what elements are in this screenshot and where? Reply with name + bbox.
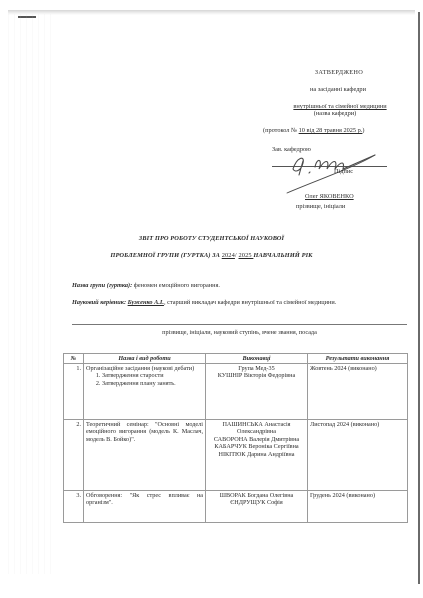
work-name: Теоретичний семінар: "Основні моделі емо… xyxy=(84,419,206,490)
title-prefix: ПРОБЛЕМНОЇ ГРУПИ (ГУРТКА) ЗА xyxy=(110,252,221,259)
performers: Група Мед-35 КУШНІР Вікторія Федорівна xyxy=(206,363,308,419)
table-header-row: № Назва і вид роботи Виконавці Результат… xyxy=(64,354,408,364)
year-end: 2025 xyxy=(238,252,253,259)
protocol-line: (протокол № 10 від 28 травня 2025 р.) xyxy=(263,127,364,135)
row-number: 2. xyxy=(64,419,84,490)
header-number: № xyxy=(64,354,84,364)
head-name-caption: прізвище, ініціали xyxy=(296,203,345,211)
result: Жовтень 2024 (виконано) xyxy=(308,363,408,419)
report-title-line1: ЗВІТ ПРО РОБОТУ СТУДЕНТСЬКОЇ НАУКОВОЇ xyxy=(0,235,423,242)
work-subitems: Затвердження старости Затвердження плану… xyxy=(86,372,203,387)
signature-caption: Підпис xyxy=(334,168,353,176)
work-title: Організаційне засідання (наукові дебати) xyxy=(86,365,203,373)
work-table: № Назва і вид роботи Виконавці Результат… xyxy=(63,353,408,523)
subitem: Затвердження плану занять. xyxy=(102,380,203,388)
performer: ЄНДРУЩУК Софія xyxy=(208,499,305,507)
group-name: Назва групи (гуртка): феномен емоційного… xyxy=(72,281,407,290)
performer: КУШНІР Вікторія Федорівна xyxy=(208,372,305,380)
head-name: Олег ЯКОВЕНКО xyxy=(305,193,354,201)
result: Грудень 2024 (виконано) xyxy=(308,490,408,522)
performers: ПАШИНСЬКА Анастасія Олександрівна САВОРО… xyxy=(206,419,308,490)
approval-meeting: на засіданні кафедри xyxy=(310,86,366,94)
supervisor-caption: прізвище, ініціали, науковий ступінь, вч… xyxy=(72,329,407,336)
row-number: 1. xyxy=(64,363,84,419)
header-work-name: Назва і вид роботи xyxy=(84,354,206,364)
table-row: 3. Обговорення: "Як стрес впливає на орг… xyxy=(64,490,408,522)
table-row: 1. Організаційне засідання (наукові деба… xyxy=(64,363,408,419)
performer: ШВОРАК Богдана Олегівна xyxy=(208,492,305,500)
protocol-suffix: ) xyxy=(362,127,364,134)
scan-edge-right xyxy=(418,12,420,584)
title-suffix: НАВЧАЛЬНИЙ РІК xyxy=(253,252,312,259)
group-label: Назва групи (гуртка): xyxy=(72,282,132,289)
year-start: 2024 xyxy=(222,252,235,259)
supervisor: Науковий керівник: Бужeнко А.І., старший… xyxy=(72,298,407,307)
performer: НІКІТЮК Дарина Андріївна xyxy=(208,451,305,459)
row-number: 3. xyxy=(64,490,84,522)
performers: ШВОРАК Богдана Олегівна ЄНДРУЩУК Софія xyxy=(206,490,308,522)
report-title-line2: ПРОБЛЕМНОЇ ГРУПИ (ГУРТКА) ЗА 2024/ 2025 … xyxy=(0,252,423,259)
work-name: Організаційне засідання (наукові дебати)… xyxy=(84,363,206,419)
performer: Група Мед-35 xyxy=(208,365,305,373)
work-name: Обговорення: "Як стрес впливає на органі… xyxy=(84,490,206,522)
scan-edge-top xyxy=(8,10,415,15)
result: Листопад 2024 (виконано) xyxy=(308,419,408,490)
performer: КАБАРЧУК Вероніка Сергіївна xyxy=(208,443,305,451)
protocol-number-date: 10 від 28 травня 2025 р. xyxy=(299,127,363,134)
scan-edge-left xyxy=(8,14,53,574)
supervisor-label: Науковий керівник: xyxy=(72,299,126,306)
approval-heading: ЗАТВЕРДЖЕНО xyxy=(315,69,363,77)
supervisor-line xyxy=(72,324,407,325)
header-results: Результати виконання xyxy=(308,354,408,364)
supervisor-details: , старший викладач кафедри внутрішньої т… xyxy=(164,299,336,306)
signature-image xyxy=(275,147,390,197)
header-performers: Виконавці xyxy=(206,354,308,364)
subitem: Затвердження старости xyxy=(102,372,203,380)
performer: ПАШИНСЬКА Анастасія Олександрівна xyxy=(208,421,305,436)
table-row: 2. Теоретичний семінар: "Основні моделі … xyxy=(64,419,408,490)
department-caption: (назва кафедри) xyxy=(314,110,356,118)
protocol-prefix: (протокол № xyxy=(263,127,299,134)
group-value: феномен емоційного вигорання. xyxy=(132,282,220,289)
supervisor-name: Бужeнко А.І. xyxy=(128,299,164,306)
performer: САВОРОНА Валерія Дмитрівна xyxy=(208,436,305,444)
